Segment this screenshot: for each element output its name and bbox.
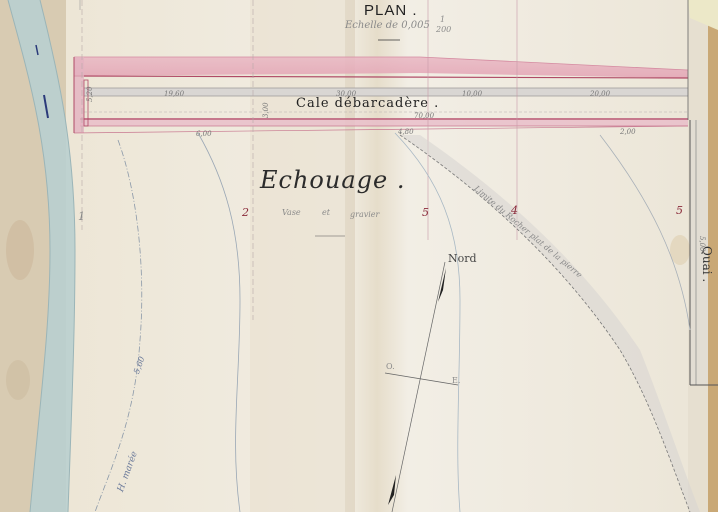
drawing-canvas <box>0 0 718 512</box>
dim-curve3: 2,00 <box>620 128 636 136</box>
scale-text: Echelle de 0,005 <box>345 20 430 31</box>
dim-total: 70,00 <box>414 112 434 120</box>
dim-curve1: 6,00 <box>196 130 212 138</box>
north-label: Nord <box>448 252 477 265</box>
section-mark-1: 1 <box>78 210 85 223</box>
scale-fraction-den: 200 <box>436 25 451 34</box>
dim-mid-h: 3,00 <box>262 102 270 118</box>
area-label: Echouage . <box>260 166 405 194</box>
area-sublabel-et: et <box>322 208 330 217</box>
dim-d4: 20,00 <box>590 90 610 98</box>
area-sublabel-vase: Vase <box>282 208 301 217</box>
area-sublabel-gravier: gravier <box>350 210 379 219</box>
dim-left-w: 5,20 <box>86 86 94 102</box>
dim-d2: 30,00 <box>336 90 356 98</box>
dim-d3: 10,00 <box>462 90 482 98</box>
east-label: E. <box>452 376 460 385</box>
dim-d1: 19,60 <box>164 90 184 98</box>
west-label: O. <box>386 362 395 371</box>
quay-dim: 5,00 <box>698 236 706 252</box>
section-mark-2: 2 <box>242 206 249 219</box>
section-mark-5: 5 <box>676 204 683 217</box>
dim-curve2: 4,80 <box>398 128 414 136</box>
plan-sheet: PLAN . Echelle de 0,005 1 200 Cale débar… <box>0 0 718 512</box>
section-mark-3: 5 <box>422 206 429 219</box>
structure-label: Cale débarcadère . <box>296 96 439 111</box>
scale-fraction-num: 1 <box>440 15 445 24</box>
plan-title: PLAN . <box>364 2 418 19</box>
